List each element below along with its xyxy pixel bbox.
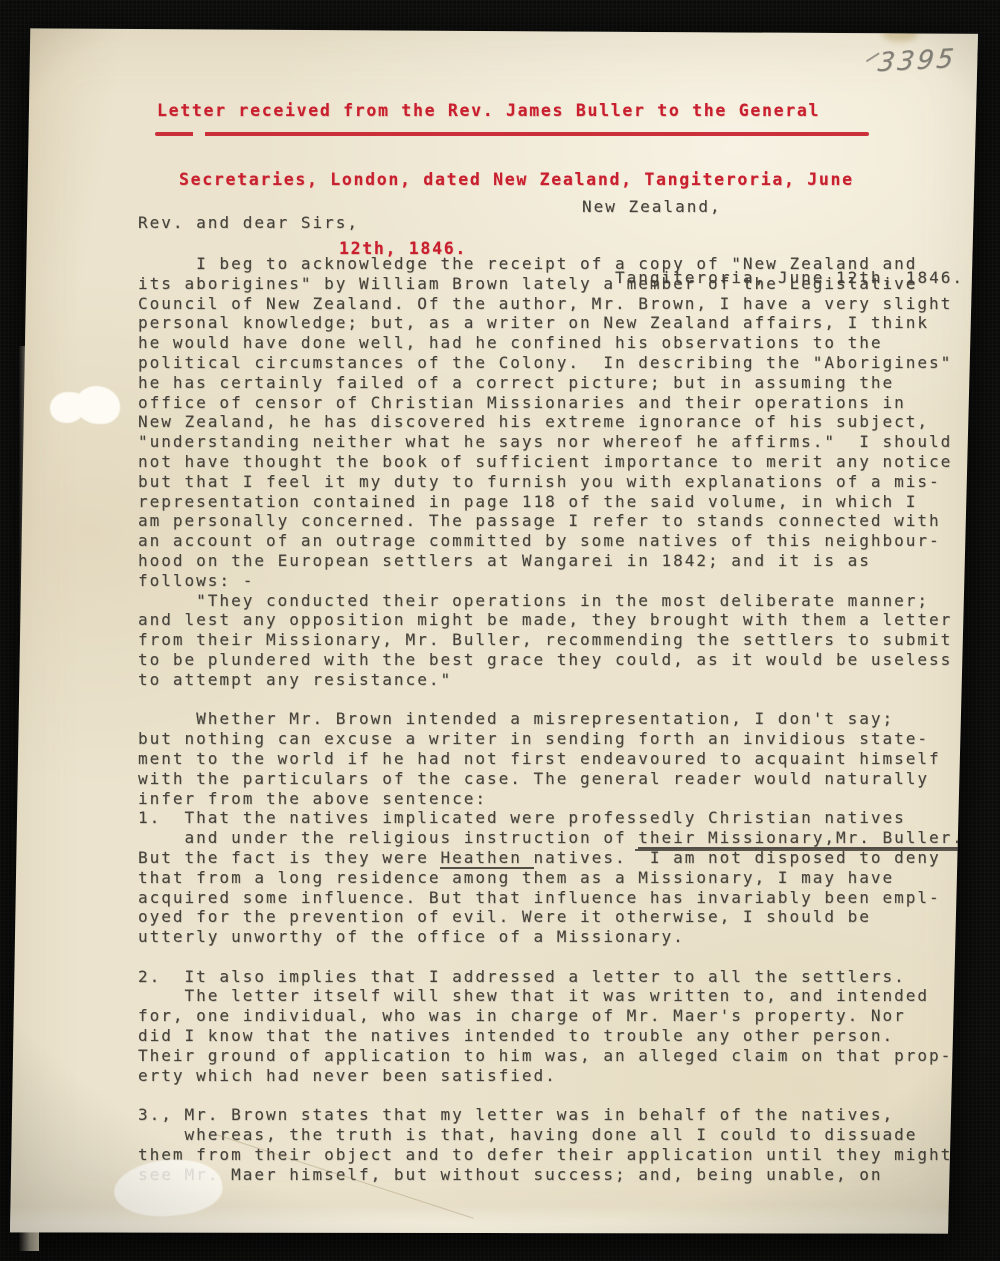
letter-line: office of censor of Christian Missionari…	[138, 393, 973, 413]
letter-line: infer from the above sentence:	[138, 789, 973, 809]
letter-line: acquired some influence. But that influe…	[138, 888, 973, 908]
letter-line: to attempt any resistance."	[138, 670, 973, 690]
archive-catalog-number: 3395	[876, 44, 958, 78]
letter-line: utterly unworthy of the office of a Miss…	[138, 927, 973, 947]
letter-line: from their Missionary, Mr. Buller, recom…	[138, 630, 973, 650]
underlined-text: Heathen	[440, 848, 533, 869]
letter-page: 3395 Letter received from the Rev. James…	[10, 26, 978, 1236]
letter-line: 1. That the natives implicated were prof…	[138, 808, 973, 828]
letter-line: "They conducted their operations in the …	[138, 591, 973, 611]
letter-line	[138, 947, 973, 967]
letter-line: and lest any opposition might be made, t…	[138, 610, 973, 630]
letter-line: representation contained in page 118 of …	[138, 492, 973, 512]
letter-line: follows: -	[138, 571, 973, 591]
paper-damage-spot	[76, 386, 120, 424]
letter-line: its aborigines" by William Brown lately …	[138, 274, 973, 294]
letter-sheet-wrap: 3395 Letter received from the Rev. James…	[10, 26, 978, 1236]
letter-line: he has certainly failed of a correct pic…	[138, 373, 973, 393]
letter-line: see Mr. Maer himself, but without succes…	[138, 1165, 973, 1185]
letter-line: New Zealand, he has discovered his extre…	[138, 412, 973, 432]
letter-line: "understanding neither what he says nor …	[138, 432, 973, 452]
letter-line: oyed for the prevention of evil. Were it…	[138, 907, 973, 927]
letter-line: to be plundered with the best grace they…	[138, 650, 973, 670]
letter-line: an account of an outrage committed by so…	[138, 531, 973, 551]
letter-line: The letter itself will shew that it was …	[138, 986, 973, 1006]
letter-line	[138, 690, 973, 710]
letter-line: erty which had never been satisfied.	[138, 1066, 973, 1086]
letter-line: not have thought the book of sufficient …	[138, 452, 973, 472]
letter-line: whereas, the truth is that, having done …	[138, 1125, 973, 1145]
letter-line: I beg to acknowledge the receipt of a co…	[138, 254, 973, 274]
letter-line: Council of New Zealand. Of the author, M…	[138, 294, 973, 314]
heading-line-1: Letter received from the Rev. James Bull…	[157, 99, 854, 122]
scan-background: 3395 Letter received from the Rev. James…	[0, 0, 1000, 1261]
letter-line: for, one individual, who was in charge o…	[138, 1006, 973, 1026]
letter-line: personal knowledge; but, as a writer on …	[138, 313, 973, 333]
letter-line: hood on the European settlers at Wangare…	[138, 551, 973, 571]
letter-line: that from a long residence among them as…	[138, 868, 973, 888]
letter-body: I beg to acknowledge the receipt of a co…	[138, 254, 973, 1184]
salutation: Rev. and dear Sirs,	[138, 213, 359, 232]
letter-line: but nothing can excuse a writer in sendi…	[138, 729, 973, 749]
heading-underline-rule	[155, 132, 869, 136]
letter-line: Whether Mr. Brown intended a misrepresen…	[138, 709, 973, 729]
letter-line: he would have done well, had he confined…	[138, 333, 973, 353]
letter-line: political circumstances of the Colony. I…	[138, 353, 973, 373]
letter-line: 3., Mr. Brown states that my letter was …	[138, 1105, 973, 1125]
underlined-text: their Missionary,Mr. Buller.	[638, 828, 964, 849]
letter-line: but that I feel it my duty to furnish yo…	[138, 472, 973, 492]
letter-line: Their ground of application to him was, …	[138, 1046, 973, 1066]
letter-line: and under the religious instruction of t…	[138, 828, 973, 848]
letter-line: them from their object and to defer thei…	[138, 1145, 973, 1165]
dateline-place: New Zealand,	[582, 195, 978, 219]
letter-line: ment to the world if he had not first en…	[138, 749, 973, 769]
letter-line: with the particulars of the case. The ge…	[138, 769, 973, 789]
paper-stain	[882, 26, 918, 42]
letter-line: 2. It also implies that I addressed a le…	[138, 967, 973, 987]
letter-line	[138, 1085, 973, 1105]
letter-line: did I know that the natives intended to …	[138, 1026, 973, 1046]
letter-line: am personally concerned. The passage I r…	[138, 511, 973, 531]
